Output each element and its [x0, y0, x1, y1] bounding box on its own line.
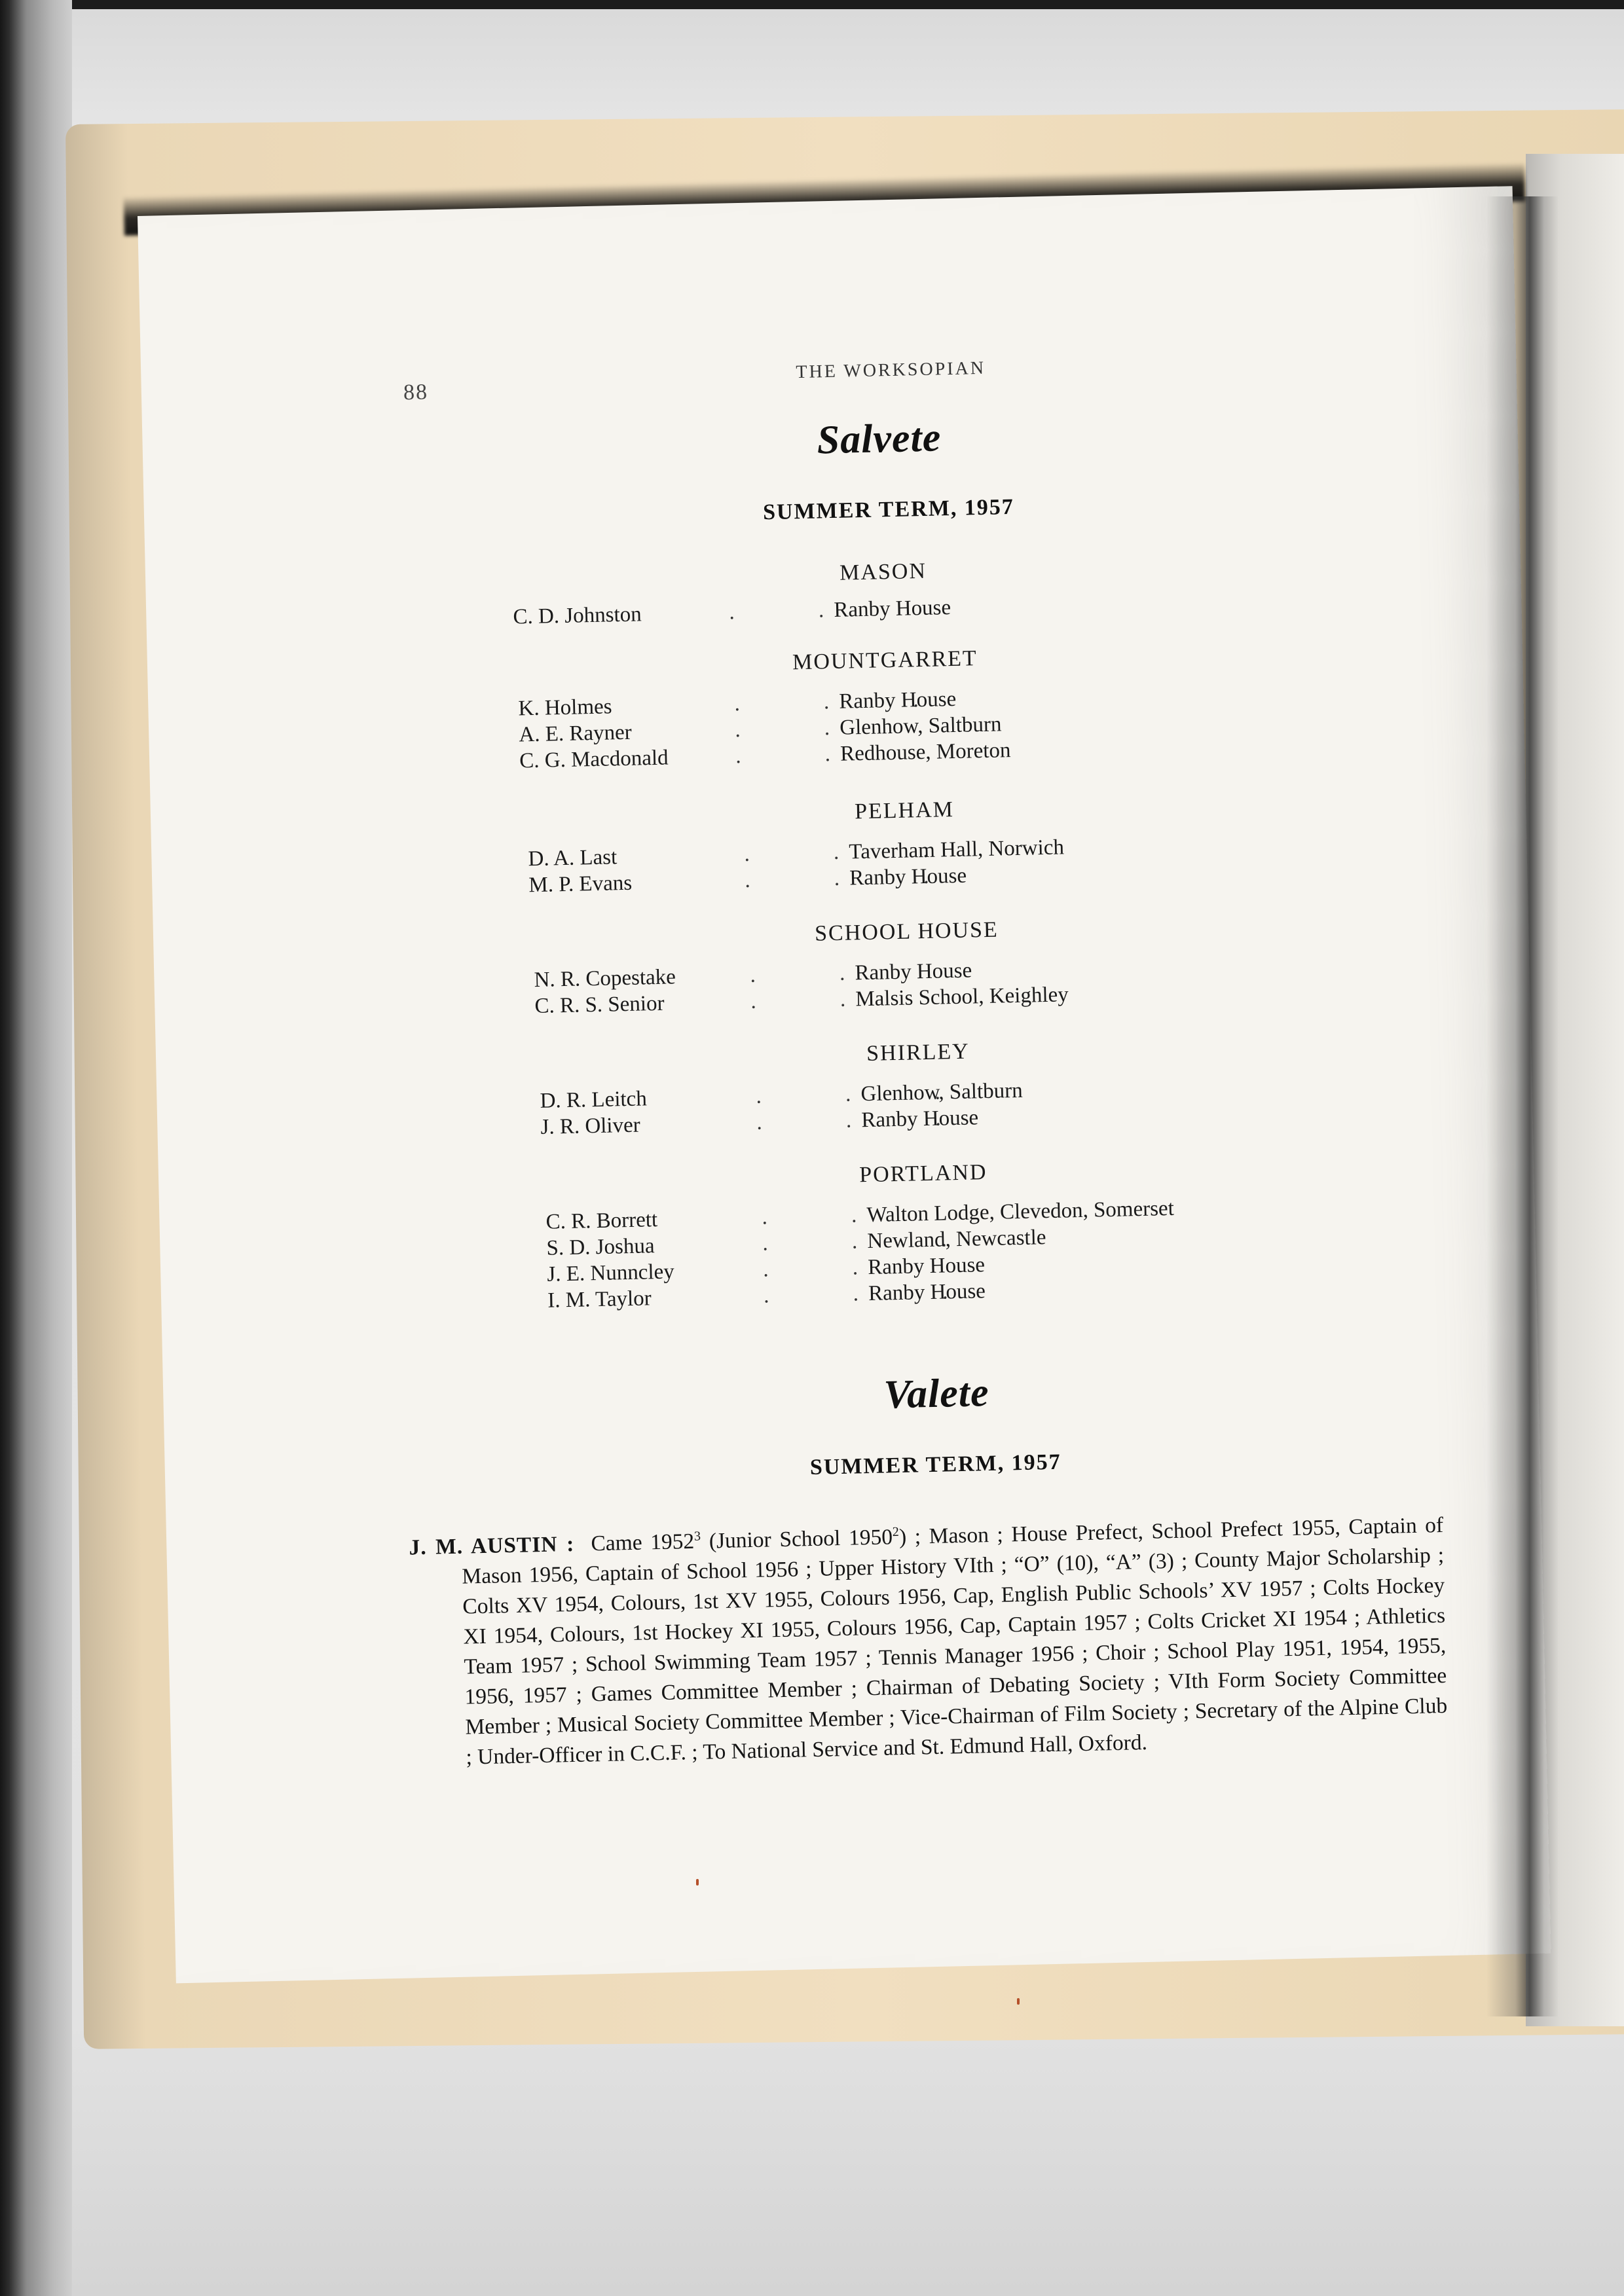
pupil-name: C. R. S. Senior: [534, 989, 751, 1019]
leader-dots: . . .: [762, 1228, 868, 1256]
salvete-title: Salvete: [817, 414, 942, 464]
leader-dots: . .: [735, 741, 841, 769]
leader-dots: . . .: [764, 1281, 869, 1309]
leader-dots: . . .: [756, 1107, 862, 1135]
valete-term-heading: SUMMER TERM, 1957: [810, 1450, 1062, 1480]
salvete-term-heading: SUMMER TERM, 1957: [763, 495, 1015, 525]
pupil-name: J. R. Oliver: [540, 1110, 757, 1140]
leader-dots: . . .: [745, 866, 850, 894]
leader-dots: . .: [750, 986, 856, 1014]
previous-school: Taverham Hall, Norwich: [849, 834, 1064, 865]
junior-footnote-mark: 2: [893, 1525, 900, 1539]
previous-school: Ranby House: [849, 863, 967, 892]
pupil-name: I. M. Taylor: [547, 1283, 764, 1314]
previous-school: Ranby House: [855, 957, 972, 986]
leaver-came: Came 1952: [591, 1529, 695, 1556]
previous-school: Glenhow, Saltburn: [840, 711, 1002, 740]
book-page: 88 THE WORKSOPIAN Salvete SUMMER TERM, 1…: [138, 186, 1551, 1983]
leaver-junior: (Junior School 1950: [701, 1525, 893, 1553]
leaver-entry: J. M. AUSTIN : Came 19523 (Junior School…: [409, 1510, 1449, 1774]
page-content: 88 THE WORKSOPIAN Salvete SUMMER TERM, 1…: [138, 186, 1551, 1983]
previous-school: Ranby House: [839, 686, 957, 715]
scan-top-edge: [0, 0, 1624, 9]
leader-dots: . . .: [734, 689, 840, 717]
house-heading-shirley: SHIRLEY: [866, 1040, 970, 1066]
leader-dots: . . .: [756, 1081, 861, 1109]
previous-school: Ranby House: [868, 1278, 986, 1307]
previous-school: Ranby House: [834, 594, 951, 623]
list-item: C. D. Johnston. .Ranby House: [513, 594, 951, 630]
pupil-name: M. P. Evans: [528, 867, 745, 898]
leader-dots: . .: [729, 597, 834, 625]
leaver-name: J. M. AUSTIN :: [409, 1532, 575, 1560]
house-heading-portland: PORTLAND: [859, 1160, 987, 1188]
previous-school: Glenhow, Saltburn: [860, 1078, 1023, 1107]
paper-blemish: [696, 1879, 699, 1886]
page-number: 88: [403, 380, 429, 405]
previous-school: Malsis School, Keighley: [855, 981, 1069, 1012]
leader-dots: . .: [763, 1254, 868, 1283]
house-heading-mountgarret: MOUNTGARRET: [792, 646, 978, 675]
previous-school: Newland, Newcastle: [867, 1224, 1046, 1254]
house-heading-mason: MASON: [840, 559, 927, 586]
book-gutter: [1486, 196, 1559, 2016]
paper-blemish: [1017, 1998, 1020, 2005]
came-footnote-mark: 3: [694, 1529, 701, 1544]
pupil-name: C. G. Macdonald: [519, 743, 736, 774]
previous-school: Ranby House: [861, 1104, 979, 1133]
running-head-title: THE WORKSOPIAN: [796, 358, 986, 383]
previous-school: Walton Lodge, Clevedon, Somerset: [866, 1195, 1174, 1228]
valete-title: Valete: [883, 1370, 989, 1418]
house-heading-school-house: SCHOOL HOUSE: [815, 918, 999, 947]
leader-dots: . .: [735, 715, 840, 743]
previous-school: Redhouse, Moreton: [840, 737, 1011, 767]
leader-dots: . .: [762, 1202, 867, 1230]
pupil-name: C. D. Johnston: [513, 599, 729, 630]
previous-school: Ranby House: [868, 1252, 986, 1281]
scan-left-edge: [0, 0, 72, 2296]
leader-dots: . . .: [744, 839, 849, 867]
house-heading-pelham: PELHAM: [855, 797, 955, 824]
leader-dots: . .: [750, 960, 855, 988]
